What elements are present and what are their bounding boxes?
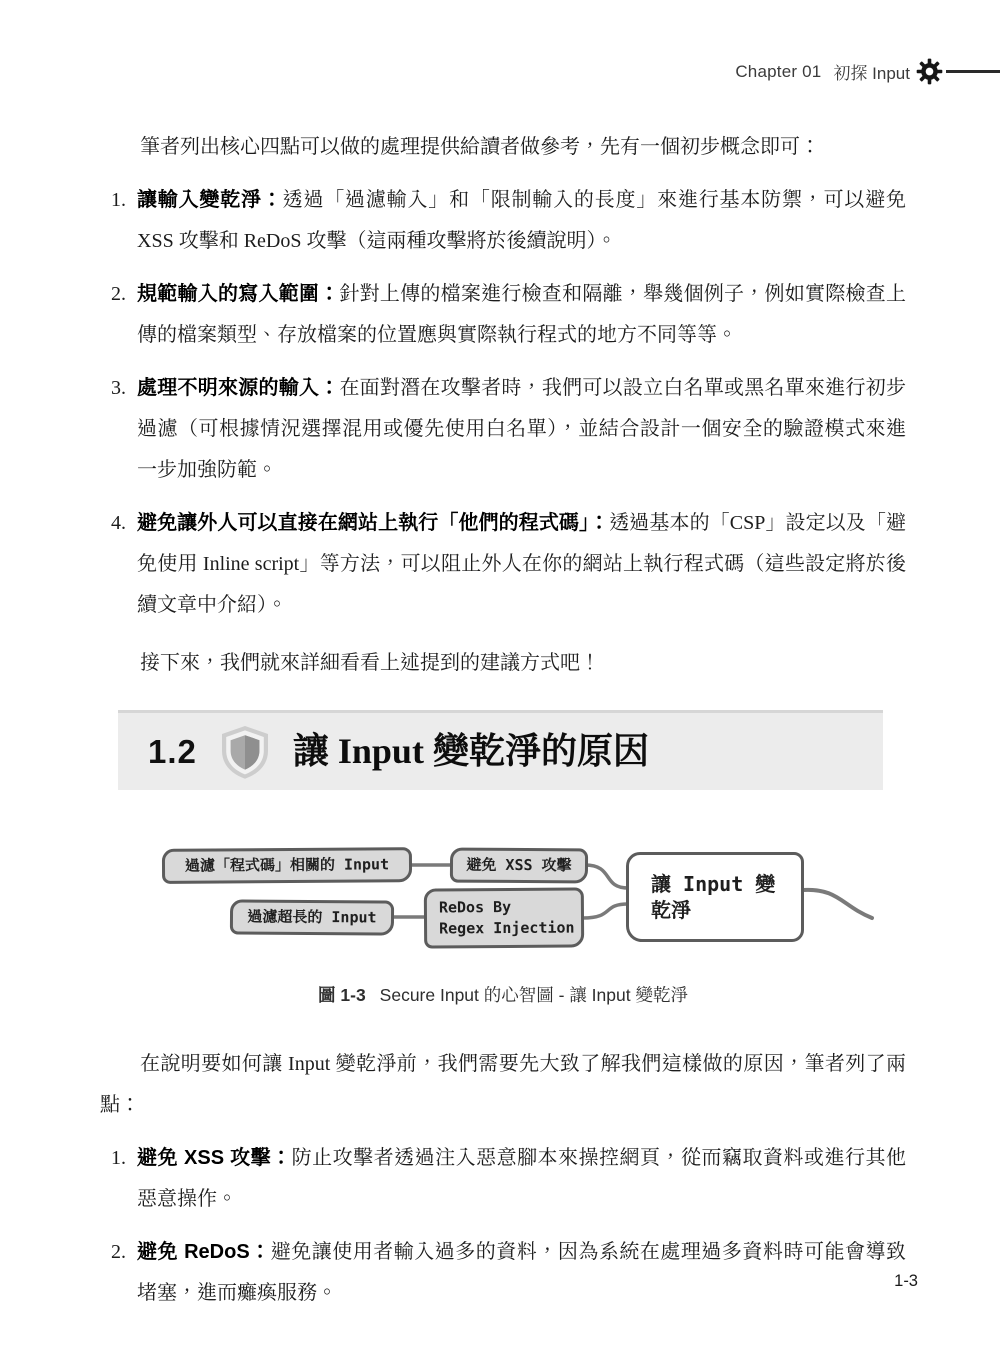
list-item-lead: 讓輸入變乾淨： [137, 189, 283, 211]
mindmap-node-redos: ReDos By Regex Injection [424, 887, 584, 948]
node-label: ReDos By Regex Injection [439, 897, 575, 940]
header-rule [946, 70, 1000, 73]
node-label-line1: 讓 Input 變 [651, 871, 775, 897]
list-item: 2. 避免 ReDoS：避免讓使用者輸入過多的資料，因為系統在處理過多資料時可能… [100, 1232, 906, 1314]
node-label: 過濾「程式碼」相關的 Input [185, 844, 389, 886]
list-item-lead: 避免 ReDoS： [137, 1241, 271, 1263]
section-heading: 1.2 讓 Input 變乾淨的原因 [118, 710, 883, 790]
list-item: 2. 規範輸入的寫入範圍：針對上傳的檔案進行檢查和隔離，舉幾個例子，例如實際檢查… [100, 274, 906, 356]
gear-icon [916, 58, 943, 85]
list-item: 1. 避免 XSS 攻擊：防止攻擊者透過注入惡意腳本來操控網頁，從而竊取資料或進… [100, 1138, 906, 1220]
node-label-line2: Regex Injection [439, 918, 575, 940]
list-item-lead: 處理不明來源的輸入： [137, 377, 339, 399]
list-item: 3. 處理不明來源的輸入：在面對潛在攻擊者時，我們可以設立白名單或黑名單來進行初… [100, 368, 906, 491]
closing-paragraph: 接下來，我們就來詳細看看上述提到的建議方式吧！ [100, 643, 906, 684]
reason-list: 1. 避免 XSS 攻擊：防止攻擊者透過注入惡意腳本來操控網頁，從而竊取資料或進… [100, 1138, 906, 1314]
page-number: 1-3 [894, 1272, 918, 1291]
node-label: 讓 Input 變 乾淨 [651, 871, 775, 923]
list-item: 4. 避免讓外人可以直接在網站上執行「他們的程式碼」：透過基本的「CSP」設定以… [100, 503, 906, 626]
list-number: 2. [111, 274, 126, 315]
intro-paragraph: 筆者列出核心四點可以做的處理提供給讀者做參考，先有一個初步概念即可： [100, 127, 906, 168]
figure-caption: 圖 1-3Secure Input 的心智圖 - 讓 Input 變乾淨 [100, 975, 906, 1016]
list-number: 1. [111, 180, 126, 221]
node-label-line2: 乾淨 [651, 897, 775, 923]
mindmap-node-filter-long: 過濾超長的 Input [230, 899, 394, 935]
node-label: 過濾超長的 Input [247, 897, 376, 939]
mindmap-node-filter-code: 過濾「程式碼」相關的 Input [162, 847, 412, 884]
node-label-line1: ReDos By [439, 897, 575, 919]
list-number: 1. [111, 1138, 126, 1179]
mindmap-node-root: 讓 Input 變 乾淨 [626, 852, 804, 942]
mindmap-node-avoid-xss: 避免 XSS 攻擊 [450, 848, 588, 884]
figure-caption-text: Secure Input 的心智圖 - 讓 Input 變乾淨 [380, 985, 688, 1005]
figure-label: 圖 1-3 [318, 985, 366, 1005]
running-head: Chapter 01 初探 Input [0, 58, 1000, 85]
shield-icon [219, 724, 271, 780]
advice-list: 1. 讓輸入變乾淨：透過「過濾輸入」和「限制輸入的長度」來進行基本防禦，可以避免… [100, 180, 906, 626]
chapter-number: Chapter 01 [735, 62, 821, 82]
section-number: 1.2 [148, 731, 197, 772]
section-title: 讓 Input 變乾淨的原因 [293, 731, 649, 772]
list-number: 4. [111, 503, 126, 544]
list-item-lead: 避免 XSS 攻擊： [137, 1147, 292, 1169]
chapter-title: 初探 Input [833, 59, 910, 84]
list-item-lead: 避免讓外人可以直接在網站上執行「他們的程式碼」： [137, 512, 609, 534]
list-number: 3. [111, 368, 126, 409]
list-item: 1. 讓輸入變乾淨：透過「過濾輸入」和「限制輸入的長度」來進行基本防禦，可以避免… [100, 180, 906, 262]
node-label: 避免 XSS 攻擊 [466, 845, 571, 887]
mindmap-figure: 過濾「程式碼」相關的 Input 避免 XSS 攻擊 過濾超長的 Input R… [0, 830, 1000, 965]
text-column: 筆者列出核心四點可以做的處理提供給讀者做參考，先有一個初步概念即可： 1. 讓輸… [100, 110, 906, 1314]
book-page: Chapter 01 初探 Input 筆者列出核心四點可以做的處理提供給讀者做… [0, 0, 1000, 1353]
reason-paragraph: 在說明要如何讓 Input 變乾淨前，我們需要先大致了解我們這樣做的原因，筆者列… [100, 1044, 906, 1126]
list-item-lead: 規範輸入的寫入範圍： [137, 283, 339, 305]
list-number: 2. [111, 1232, 126, 1273]
